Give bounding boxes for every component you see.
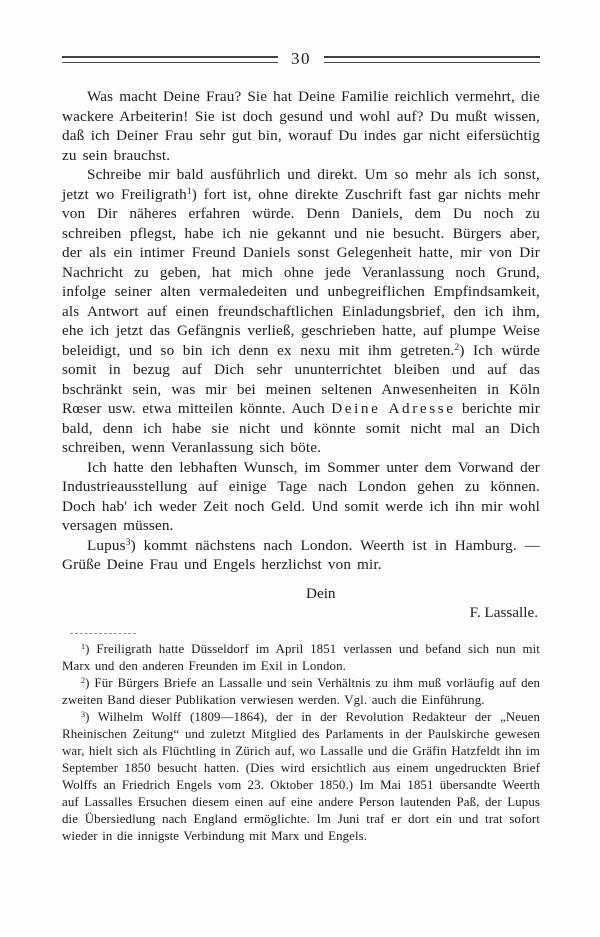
text-run: ) fort ist, ohne direkte Zuschrift fast …: [62, 186, 540, 359]
header-rule-left: [62, 56, 278, 63]
letter-body: Was macht Deine Frau? Sie hat Deine Fami…: [62, 87, 540, 575]
footnote-marker: 1: [81, 642, 85, 651]
page-header: 30: [62, 48, 540, 70]
footnotes: 1) Freiligrath hatte Düsseldorf im April…: [62, 641, 540, 845]
footnote: 2) Für Bürgers Briefe an Lassalle und se…: [62, 675, 540, 709]
valediction: Dein: [306, 584, 540, 604]
page-number: 30: [291, 50, 311, 67]
footnote: 1) Freiligrath hatte Düsseldorf im April…: [62, 641, 540, 675]
footnote-separator: [70, 633, 136, 634]
book-page: 30 Was macht Deine Frau? Sie hat Deine F…: [0, 0, 600, 937]
paragraph: Schreibe mir bald ausführlich und direkt…: [62, 165, 540, 458]
footnote-marker: 2: [455, 343, 460, 353]
text-run: Ich hatte den lebhaften Wunsch, im Somme…: [62, 459, 540, 535]
header-rule-right: [324, 56, 540, 63]
footnote-marker: 1: [187, 187, 192, 197]
text-run: Was macht Deine Frau? Sie hat Deine Fami…: [62, 88, 540, 164]
paragraph: Lupus3) kommt nächstens nach London. Wee…: [62, 536, 540, 575]
text-run: Lupus: [87, 537, 126, 554]
paragraph: Was macht Deine Frau? Sie hat Deine Fami…: [62, 87, 540, 165]
footnote-marker: 3: [81, 710, 85, 719]
footnote-marker: 2: [81, 676, 85, 685]
text-run: ) kommt nächstens nach London. Weerth is…: [62, 537, 540, 574]
footnote-marker: 3: [126, 538, 131, 548]
footnote: 3) Wilhelm Wolff (1809—1864), der in der…: [62, 709, 540, 845]
signature: F. Lassalle.: [62, 603, 540, 623]
emphasized-text: Deine Adresse: [331, 400, 455, 417]
paragraph: Ich hatte den lebhaften Wunsch, im Somme…: [62, 458, 540, 536]
